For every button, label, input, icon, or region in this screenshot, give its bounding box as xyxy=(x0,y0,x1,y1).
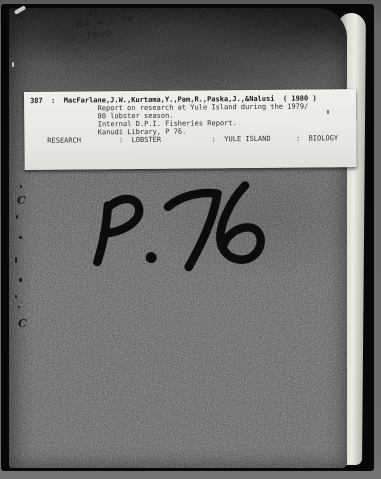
margin-mark-c-lower: C xyxy=(18,317,27,330)
catalog-card: 387 : MacFarlane,J.W.,Kurtama,Y.,Pam,R.,… xyxy=(24,89,357,170)
dirt-speck xyxy=(19,236,22,239)
dirt-speck xyxy=(19,278,22,282)
dirt-speck xyxy=(16,215,18,219)
card-line-keywords: RESEARCH : LOBSTER : YULE ISLAND : BIOLO… xyxy=(30,135,356,146)
dirt-speck xyxy=(15,295,17,298)
edge-glint xyxy=(12,62,14,67)
margin-mark-c-upper: C xyxy=(17,194,26,207)
pencil-annotation-3: 1980 xyxy=(86,30,114,42)
photo-frame: NL - CR NA = P 76 1980 387 : MacFarlane,… xyxy=(0,0,381,479)
dirt-speck xyxy=(20,185,22,188)
dirt-speck xyxy=(18,306,20,308)
card-speck xyxy=(327,110,329,114)
shelf-number-handwritten xyxy=(82,176,294,283)
dirt-speck xyxy=(15,257,17,263)
